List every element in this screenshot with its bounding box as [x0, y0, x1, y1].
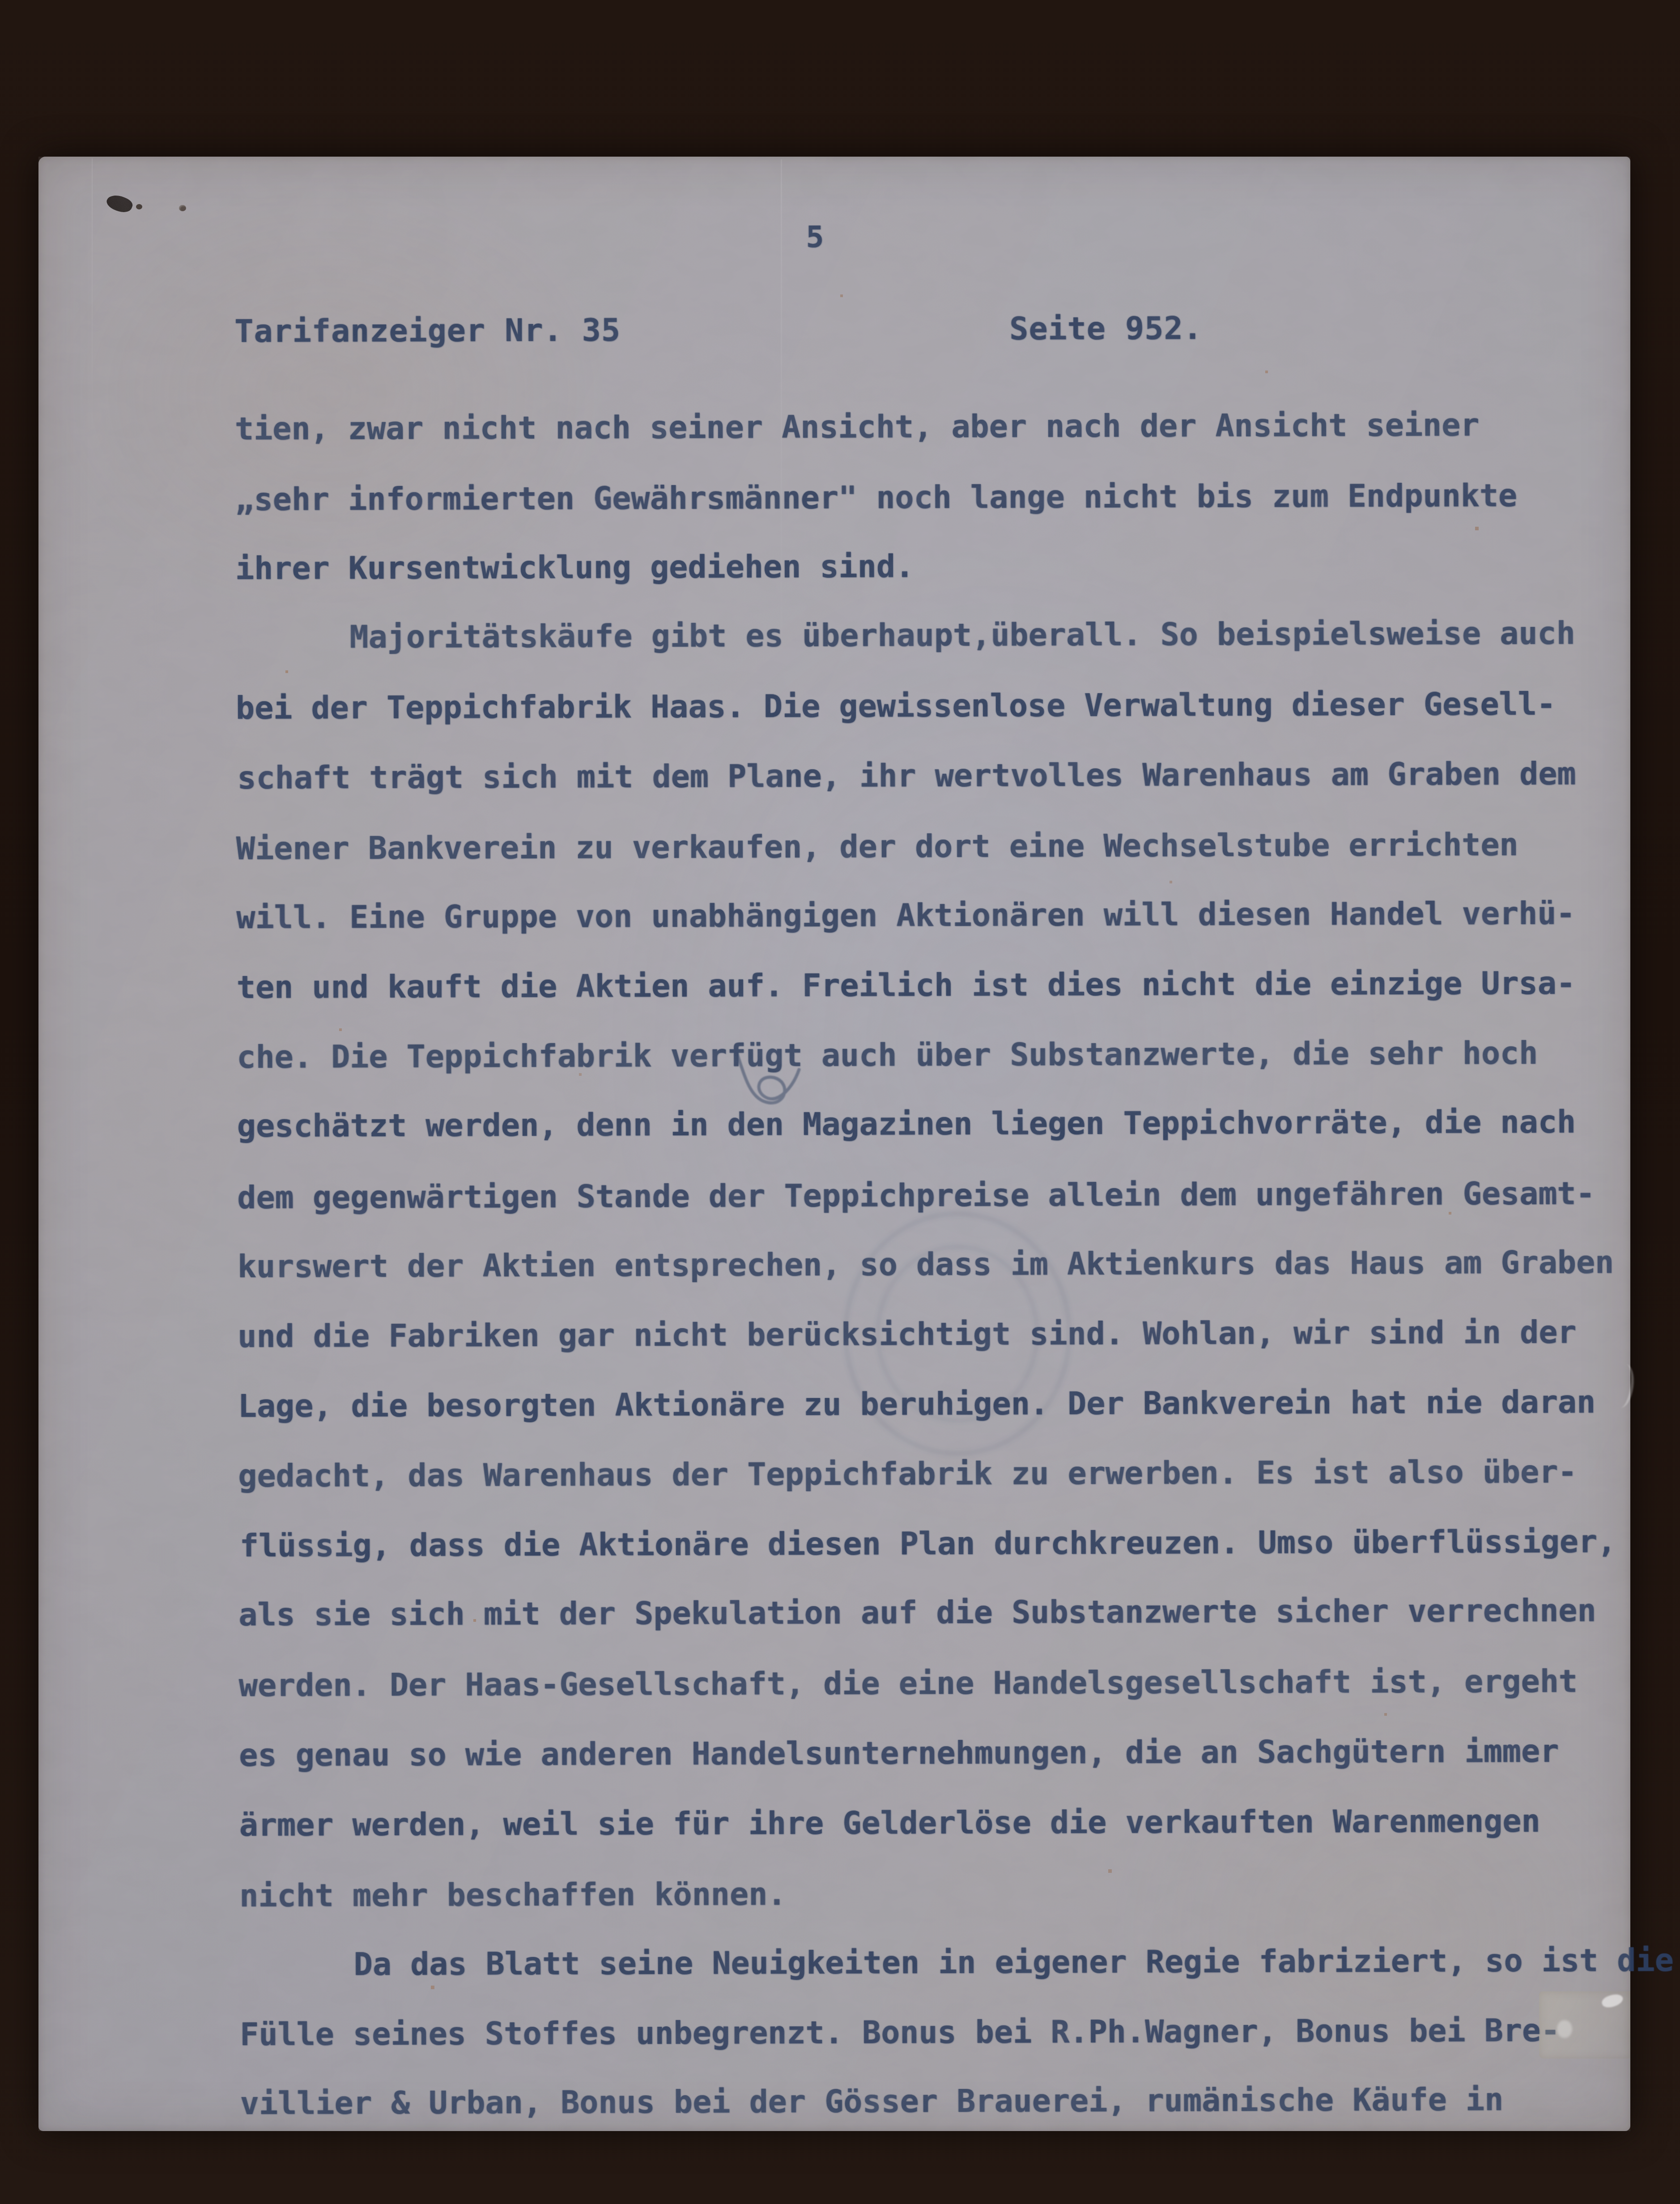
text-line: und die Fabriken gar nicht berücksichtig… — [238, 1297, 1642, 1371]
text-line: dem gegenwärtigen Stande der Teppichprei… — [237, 1158, 1642, 1232]
header-issue-label: Tarifanzeiger Nr. 35 — [234, 314, 621, 347]
text-line: flüssig, dass die Aktionäre diesen Plan … — [240, 1506, 1645, 1581]
text-line: bei der Teppichfabrik Haas. Die gewissen… — [236, 669, 1641, 743]
text-line: schaft trägt sich mit dem Plane, ihr wer… — [237, 738, 1642, 813]
text-line: gedacht, das Warenhaus der Teppichfabrik… — [238, 1437, 1643, 1511]
scanned-document: 5 Tarifanzeiger Nr. 35 Seite 952. tien, … — [0, 0, 1680, 2204]
text-line: geschätzt werden, denn in den Magazinen … — [237, 1087, 1642, 1161]
text-line: ten und kauft die Aktien auf. Freilich i… — [237, 948, 1642, 1022]
text-line: werden. Der Haas-Gesellschaft, die eine … — [239, 1646, 1644, 1720]
text-line: Majoritätskäufe gibt es überhaupt,überal… — [235, 598, 1640, 672]
text-line: es genau so wie anderen Handelsunternehm… — [239, 1716, 1644, 1790]
text-line: ihrer Kursentwicklung gediehen sind. — [235, 529, 1640, 603]
text-line: villier & Urban, Bonus bei der Gösser Br… — [240, 2064, 1645, 2138]
text-line: Lage, die besorgten Aktionäre zu beruhig… — [238, 1367, 1643, 1441]
paper-sheet: 5 Tarifanzeiger Nr. 35 Seite 952. tien, … — [38, 157, 1630, 2131]
text-line: tien, zwar nicht nach seiner Ansicht, ab… — [235, 389, 1640, 464]
page-number: 5 — [806, 222, 824, 252]
text-line: will. Eine Gruppe von unabhängigen Aktio… — [236, 878, 1641, 952]
text-line: als sie sich mit der Spekulation auf die… — [238, 1575, 1643, 1650]
text-line: che. Die Teppichfabrik verfügt auch über… — [237, 1018, 1642, 1092]
text-line: „sehr informierten Gewährsmänner" noch l… — [235, 460, 1640, 534]
document-body: tien, zwar nicht nach seiner Ansicht, ab… — [235, 389, 1645, 2139]
header-page-label: Seite 952. — [1009, 312, 1203, 344]
text-line: Fülle seines Stoffes unbegrenzt. Bonus b… — [240, 1995, 1645, 2069]
text-line: kurswert der Aktien entsprechen, so dass… — [238, 1227, 1642, 1301]
text-line: Wiener Bankverein zu verkaufen, der dort… — [236, 809, 1641, 883]
typewritten-text: 5 Tarifanzeiger Nr. 35 Seite 952. tien, … — [35, 153, 1633, 2133]
rust-flecks — [38, 157, 39, 158]
text-line: ärmer werden, weil sie für ihre Gelderlö… — [239, 1786, 1644, 1860]
text-line: nicht mehr beschaffen können. — [239, 1856, 1644, 1931]
text-line: Da das Blatt seine Neuigkeiten in eigene… — [240, 1925, 1645, 1999]
